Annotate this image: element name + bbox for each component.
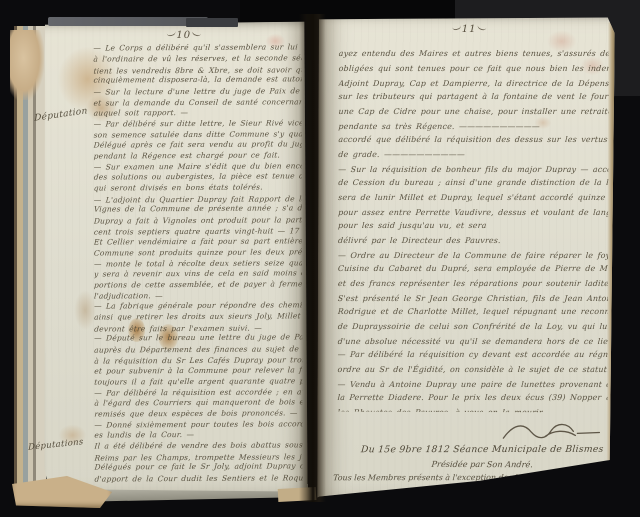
manuscript-line: Adjoint Dupray, Cap et Dampierre, la dir… <box>338 78 609 90</box>
ornament-icon <box>166 27 177 37</box>
manuscript-line: pendante sa très Régence. —————————— <box>338 121 609 133</box>
manuscript-line: Dupray a fait à Vignoles ont produit pou… <box>94 214 303 226</box>
manuscript-line: sera de lunir Millet et Dupray, lequel s… <box>338 192 609 204</box>
manuscript-line: Rodrigue et de Charlotte Millet, lequel … <box>337 306 608 318</box>
session-date-line: Du 15e 9bre 1812 Séance Municipale de Bl… <box>353 444 612 455</box>
manuscript-line: les Rhoustes des Pauvres, à vous en la m… <box>337 407 607 412</box>
manuscript-line: d'apport de la Cour dudit les Sentiers e… <box>94 472 302 484</box>
signature-flourish <box>499 420 603 446</box>
foxing-stain <box>74 290 96 330</box>
manuscript-line: — Par délibéré la réquisition cy devant … <box>337 349 608 361</box>
manuscript-line: Vignes de la Commune de présente année ;… <box>93 203 302 215</box>
manuscript-line: pour les said jusqu'au vu, et sera <box>338 220 609 232</box>
page-number-left: 10 <box>165 30 202 41</box>
manuscript-line: — Sur la réquisition de bonheur fils du … <box>338 164 609 176</box>
manuscript-line: à l'égard des Courriers qui manqueront d… <box>94 396 303 408</box>
manuscript-line: — Ordre au Directeur de la Commune de fa… <box>338 250 609 262</box>
manuscript-line: — Député sur le bureau une lettre du jug… <box>94 332 303 344</box>
ornament-icon <box>191 27 202 37</box>
manuscript-line: ainsi que retirer les droits aux sieurs … <box>94 311 303 323</box>
manuscript-line: cinquièmement disposera-là, la demande e… <box>93 74 301 86</box>
manuscript-line: auquel soit rapport. — <box>93 106 302 118</box>
manuscript-line: Délégué après ce fait sera vendu au prof… <box>93 138 302 150</box>
manuscript-line: une Cap de Cidre pour une chaise, pour i… <box>338 106 609 118</box>
manuscript-line: toujours il a fait qu'elle argent quaran… <box>94 375 303 387</box>
manuscript-line: d'une absolue nécessité vu qu'il se dema… <box>337 336 608 348</box>
manuscript-line: y sera à revenir aux vins de cela en sai… <box>94 267 303 279</box>
manuscript-line: qui seront divisés en bons états tolérés… <box>93 182 302 194</box>
manuscript-line: — Par délibéré sur ditte lettre, le Sieu… <box>93 117 302 129</box>
binding-clamp <box>48 17 208 26</box>
manuscript-line: pour assez entre Perrette Vaudivre, dess… <box>338 207 609 219</box>
manuscript-line: obligées qui sont tenues pour ce fait qu… <box>338 63 609 75</box>
manuscript-line: et des francs représenter les réparation… <box>337 278 608 290</box>
manuscript-line: sur les tributeurs qui partagent à la fo… <box>338 91 609 103</box>
binding-clamp-shadow <box>186 18 238 27</box>
manuscript-line: Et Cellier vendémiaire a fait pour sa pa… <box>94 235 303 247</box>
manuscript-line: — Sur la lecture d'une lettre du juge de… <box>93 85 302 97</box>
attendance-line: Tous les Membres présents à l'exception … <box>333 473 616 482</box>
manuscript-line: — Vendu à Antoine Dupray une paire de lu… <box>337 379 608 391</box>
manuscript-line: ordre au Sr de l'Égidité, on considèle à… <box>337 364 608 376</box>
manuscript-line: délivré par le Directeur des Pauvres. <box>338 235 609 247</box>
worn-cover-edge <box>10 30 44 100</box>
manuscript-line: de Duprayssoirie de celui son Confrérité… <box>337 321 608 333</box>
ornament-icon <box>477 21 488 31</box>
manuscript-line: Cuisine du Cabaret du Dupré, sera employ… <box>338 263 609 275</box>
right-page-text: ayez entendu des Maires et autres biens … <box>337 48 608 413</box>
manuscript-line: de grade. —————————— <box>338 149 609 161</box>
book-gutter <box>299 14 326 502</box>
manuscript-scan: 10 — Le Corps a délibéré qu'il s'assembl… <box>0 0 640 517</box>
page-number-right: 11 <box>451 24 488 35</box>
manuscript-line: Commune sont produits quinze pour les de… <box>94 246 303 258</box>
right-page: 11 ayez entendu des Maires et autres bie… <box>317 15 615 498</box>
ornament-icon <box>451 21 462 31</box>
manuscript-line: la Perrette Diadere. Pour le prix les de… <box>337 392 607 404</box>
manuscript-line: Délégués pour ce fait le Sr Joly, adjoin… <box>94 461 302 473</box>
left-page: 10 — Le Corps a délibéré qu'il s'assembl… <box>43 22 307 493</box>
manuscript-line: et pour subvenir à la Commune pour relev… <box>94 364 303 376</box>
manuscript-line: ayez entendu des Maires et autres biens … <box>338 48 608 60</box>
manuscript-line: auprès du Département des finances au su… <box>94 343 303 355</box>
left-page-text: — Le Corps a délibéré qu'il s'assemblera… <box>93 42 302 485</box>
manuscript-line: Il a été délibéré de vendre des bois aba… <box>94 440 302 452</box>
manuscript-line: à l'ordinaire de vû les réserves, et la … <box>93 53 301 65</box>
manuscript-line: accordé que délibéré la réquisition des … <box>338 134 609 146</box>
presided-line: Présidée par Son André. <box>353 459 612 470</box>
manuscript-line: S'est présenté le Sr Jean George Christi… <box>337 293 608 305</box>
manuscript-line: de Cession du bureau ; ainsi d'une grand… <box>338 177 609 189</box>
